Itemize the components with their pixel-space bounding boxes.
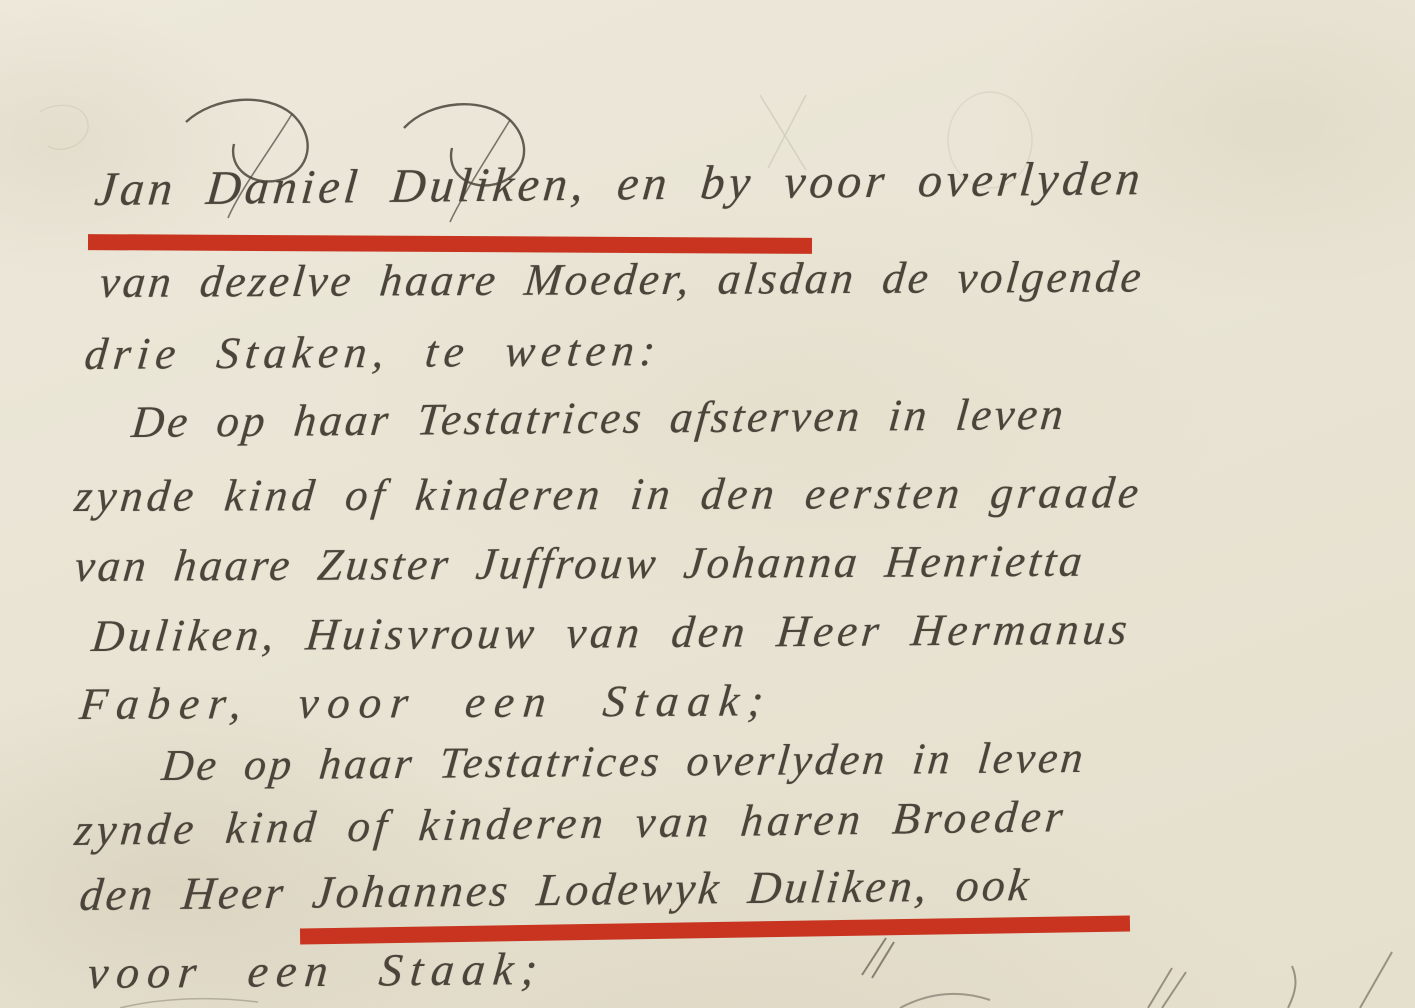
- manuscript-line: van dezelve haare Moeder, alsdan de volg…: [97, 251, 1146, 308]
- cutoff-stroke-fragment: [900, 994, 990, 1008]
- manuscript-line: van haare Zuster Juffrouw Johanna Henrie…: [72, 535, 1087, 592]
- manuscript-line: Jan Daniel Duliken, en by voor overlyden: [92, 151, 1146, 217]
- manuscript-line: Faber, voor een Staak;: [77, 674, 774, 730]
- manuscript-line: den Heer Johannes Lodewyk Duliken, ook: [77, 858, 1034, 921]
- cutoff-stroke-fragment: [1288, 966, 1295, 1008]
- cutoff-stroke-fragment: [120, 999, 258, 1008]
- manuscript-line: drie Staken, te weten:: [82, 324, 663, 380]
- red-underline-annotation: [300, 915, 1130, 944]
- manuscript-line: De op haar Testatrices afsterven in leve…: [129, 388, 1068, 448]
- manuscript-line: zynde kind of kinderen in den eersten gr…: [72, 466, 1145, 522]
- manuscript-page: Jan Daniel Duliken, en by voor overlyden…: [0, 0, 1415, 1008]
- manuscript-line: Duliken, Huisvrouw van den Heer Hermanus: [89, 603, 1133, 662]
- bleed-through-mark: [40, 105, 88, 149]
- manuscript-line: De op haar Testatrices overlyden in leve…: [160, 732, 1089, 791]
- red-underline-annotation: [88, 234, 812, 254]
- manuscript-line: zynde kind of kinderen van haren Broeder: [73, 790, 1069, 856]
- cutoff-stroke-fragment: [1360, 952, 1392, 1008]
- manuscript-line: voor een Staak;: [85, 942, 547, 999]
- cutoff-stroke-fragment: [862, 938, 894, 978]
- cutoff-stroke-fragment: [1148, 968, 1186, 1008]
